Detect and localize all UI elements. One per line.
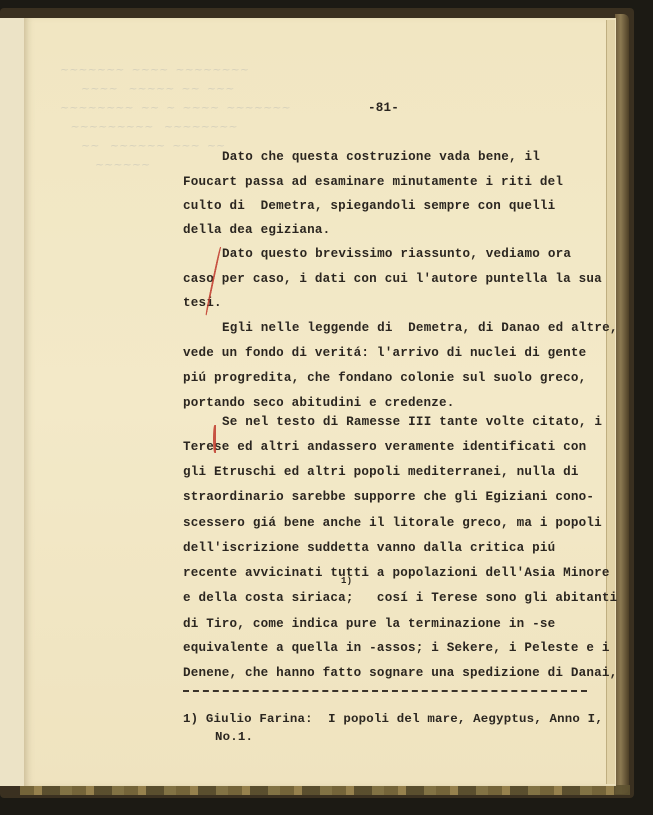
- text-line: scessero giá bene anche il litorale grec…: [183, 516, 602, 530]
- text-line: culto di Demetra, spiegandoli sempre con…: [183, 199, 555, 213]
- text-line: vede un fondo di veritá: l'arrivo di nuc…: [183, 346, 586, 360]
- paragraph-first-line: Dato che questa costruzione vada bene, i…: [222, 150, 540, 164]
- text-line: portando seco abitudini e credenze.: [183, 396, 455, 410]
- text-line: e della costa siriaca; cosí i Terese son…: [183, 591, 617, 605]
- text-line: straordinario sarebbe supporre che gli E…: [183, 490, 594, 504]
- footnote-reference: 1): [341, 576, 352, 586]
- text-line: Foucart passa ad esaminare minutamente i…: [183, 175, 563, 189]
- footnote-separator: [183, 690, 587, 692]
- footnote-line-2: No.1.: [215, 730, 253, 744]
- text-line: Denene, che hanno fatto sognare una sped…: [183, 666, 617, 680]
- text-line: piú progredita, che fondano colonie sul …: [183, 371, 586, 385]
- text-line: recente avvicinati tutti a popolazioni d…: [183, 566, 610, 580]
- red-pencil-bracket: [213, 425, 216, 453]
- text-line: equivalente a quella in -assos; i Sekere…: [183, 641, 610, 655]
- text-line: gli Etruschi ed altri popoli mediterrane…: [183, 465, 579, 479]
- paragraph-first-line: Se nel testo di Ramesse III tante volte …: [222, 415, 602, 429]
- text-line: caso per caso, i dati con cui l'autore p…: [183, 272, 602, 286]
- paragraph-first-line: Dato questo brevissimo riassunto, vediam…: [222, 247, 571, 261]
- paragraph-first-line: Egli nelle leggende di Demetra, di Danao…: [222, 321, 618, 335]
- text-line: tesi.: [183, 296, 222, 310]
- text-line: dell'iscrizione suddetta vanno dalla cri…: [183, 541, 555, 555]
- page-number: -81-: [368, 101, 399, 115]
- text-line: della dea egiziana.: [183, 223, 330, 237]
- text-line: Terese ed altri andassero veramente iden…: [183, 440, 586, 454]
- text-line: di Tiro, come indica pure la terminazion…: [183, 617, 555, 631]
- marbled-edge: [20, 785, 630, 795]
- footnote-line-1: 1) Giulio Farina: I popoli del mare, Aeg…: [183, 712, 603, 726]
- facing-page-edge: [0, 18, 25, 786]
